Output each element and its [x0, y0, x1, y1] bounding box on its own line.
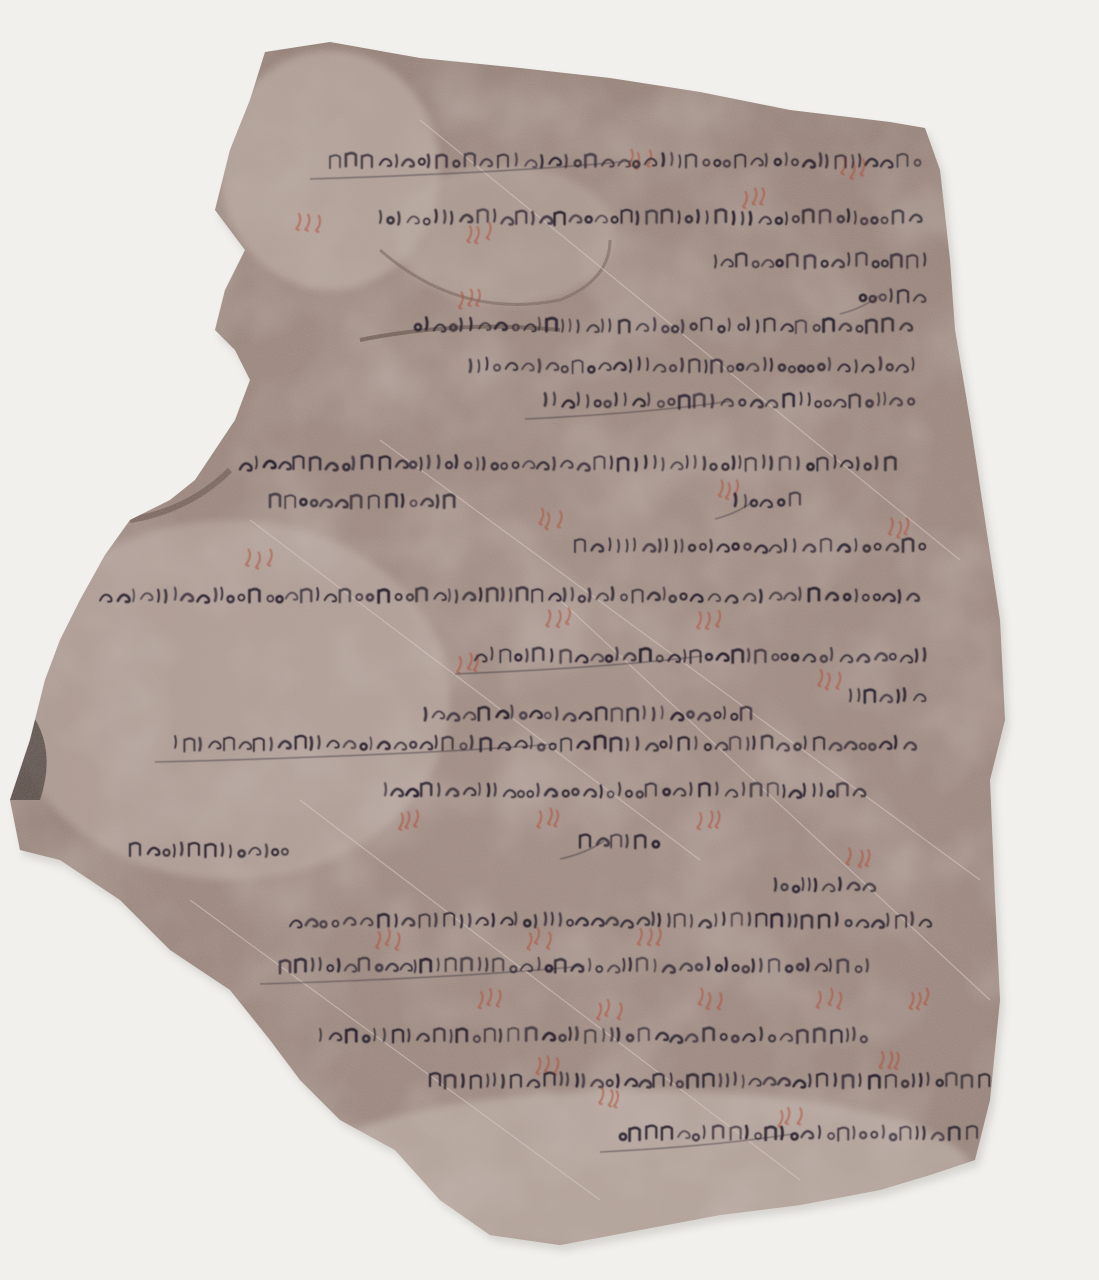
photo-stage: Limestone ostracon fragment with hierati… — [0, 0, 1099, 1280]
ostracon-photo — [0, 0, 1099, 1280]
limestone-fragment — [0, 0, 1099, 1280]
